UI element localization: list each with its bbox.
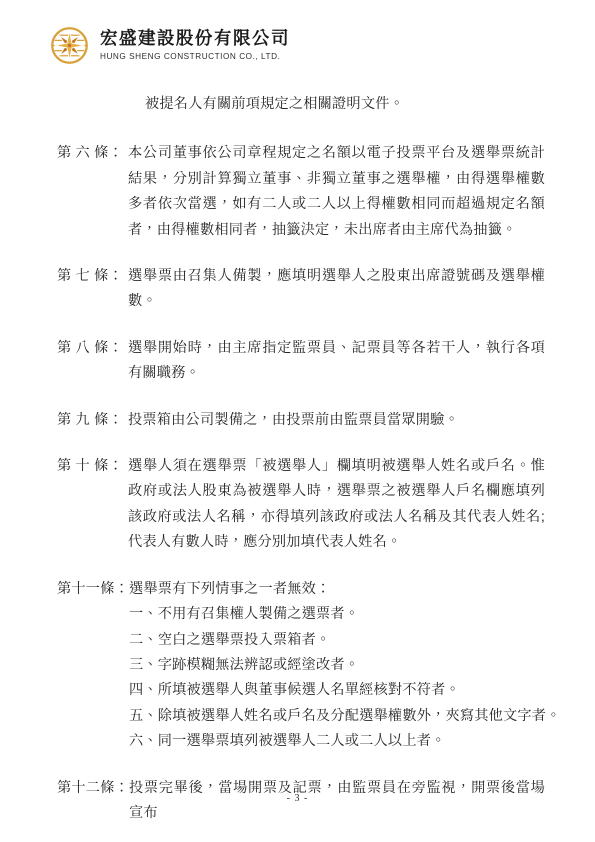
- article-label: 第 八 條：: [57, 336, 128, 361]
- company-name-en: HUNG SHENG CONSTRUCTION CO., LTD.: [100, 52, 290, 61]
- article-paragraph: 選舉票由召集人備製，應填明選舉人之股東出席證號碼及選舉權數。: [128, 264, 545, 315]
- article: 第 七 條：選舉票由召集人備製，應填明選舉人之股東出席證號碼及選舉權數。: [57, 264, 545, 315]
- carryover-line: 被提名人有關前項規定之相關證明文件。: [145, 92, 545, 117]
- article-label: 第 七 條：: [57, 264, 128, 289]
- article-text: 投票箱由公司製備之，由投票前由監票員當眾開驗。: [128, 408, 545, 433]
- letterhead: 宏盛建設股份有限公司 HUNG SHENG CONSTRUCTION CO., …: [50, 26, 545, 68]
- article-text: 選舉開始時，由主席指定監票員、記票員等各若干人，執行各項有關職務。: [128, 336, 545, 387]
- article-list-item: 三、字跡模糊無法辨認或經塗改者。: [129, 653, 561, 678]
- company-name-zh: 宏盛建設股份有限公司: [100, 29, 290, 49]
- article-list-item: 五、除填被選舉人姓名或戶名及分配選舉權數外，夾寫其他文字者。: [129, 704, 561, 729]
- article: 第 六 條：本公司董事依公司章程規定之名額以電子投票平台及選舉票統計結果，分別計…: [57, 141, 545, 243]
- page-footer: - 3 -: [0, 793, 595, 804]
- article-text: 選舉票由召集人備製，應填明選舉人之股東出席證號碼及選舉權數。: [128, 264, 545, 315]
- articles-section: 第 六 條：本公司董事依公司章程規定之名額以電子投票平台及選舉票統計結果，分別計…: [57, 141, 545, 826]
- article-label: 第 九 條：: [57, 408, 128, 433]
- article: 第 八 條：選舉開始時，由主席指定監票員、記票員等各若干人，執行各項有關職務。: [57, 336, 545, 387]
- globe-compass-star-icon: [50, 26, 89, 65]
- article-label: 第十一條：: [57, 577, 129, 602]
- company-logo: [50, 26, 89, 65]
- article-list-item: 一、不用有召集權人製備之選票者。: [129, 602, 561, 627]
- company-name-block: 宏盛建設股份有限公司 HUNG SHENG CONSTRUCTION CO., …: [100, 26, 290, 61]
- article-text: 選舉票有下列情事之一者無效：一、不用有召集權人製備之選票者。二、空白之選舉票投入…: [129, 577, 561, 755]
- article: 第 九 條：投票箱由公司製備之，由投票前由監票員當眾開驗。: [57, 408, 545, 433]
- article-list-item: 二、空白之選舉票投入票箱者。: [129, 628, 561, 653]
- article-paragraph: 選舉開始時，由主席指定監票員、記票員等各若干人，執行各項有關職務。: [128, 336, 545, 387]
- article-list-item: 六、同一選舉票填列被選舉人二人或二人以上者。: [129, 729, 561, 754]
- article-list-item: 四、所填被選舉人與董事候選人名單經核對不符者。: [129, 678, 561, 703]
- article-text: 選舉人須在選舉票「被選舉人」欄填明被選舉人姓名或戶名。惟政府或法人股東為被選舉人…: [128, 454, 545, 556]
- article: 第 十 條：選舉人須在選舉票「被選舉人」欄填明被選舉人姓名或戶名。惟政府或法人股…: [57, 454, 545, 556]
- document-page: 宏盛建設股份有限公司 HUNG SHENG CONSTRUCTION CO., …: [0, 0, 595, 842]
- article-label: 第 六 條：: [57, 141, 128, 166]
- article: 第十一條：選舉票有下列情事之一者無效：一、不用有召集權人製備之選票者。二、空白之…: [57, 577, 545, 755]
- article-label: 第 十 條：: [57, 454, 128, 479]
- article-text: 本公司董事依公司章程規定之名額以電子投票平台及選舉票統計結果，分別計算獨立董事、…: [128, 141, 545, 243]
- article-paragraph: 選舉票有下列情事之一者無效：: [129, 577, 561, 602]
- article-paragraph: 投票箱由公司製備之，由投票前由監票員當眾開驗。: [128, 408, 545, 433]
- article-paragraph: 本公司董事依公司章程規定之名額以電子投票平台及選舉票統計結果，分別計算獨立董事、…: [128, 141, 545, 243]
- page-number: - 3 -: [287, 793, 309, 804]
- article-paragraph: 選舉人須在選舉票「被選舉人」欄填明被選舉人姓名或戶名。惟政府或法人股東為被選舉人…: [128, 454, 545, 556]
